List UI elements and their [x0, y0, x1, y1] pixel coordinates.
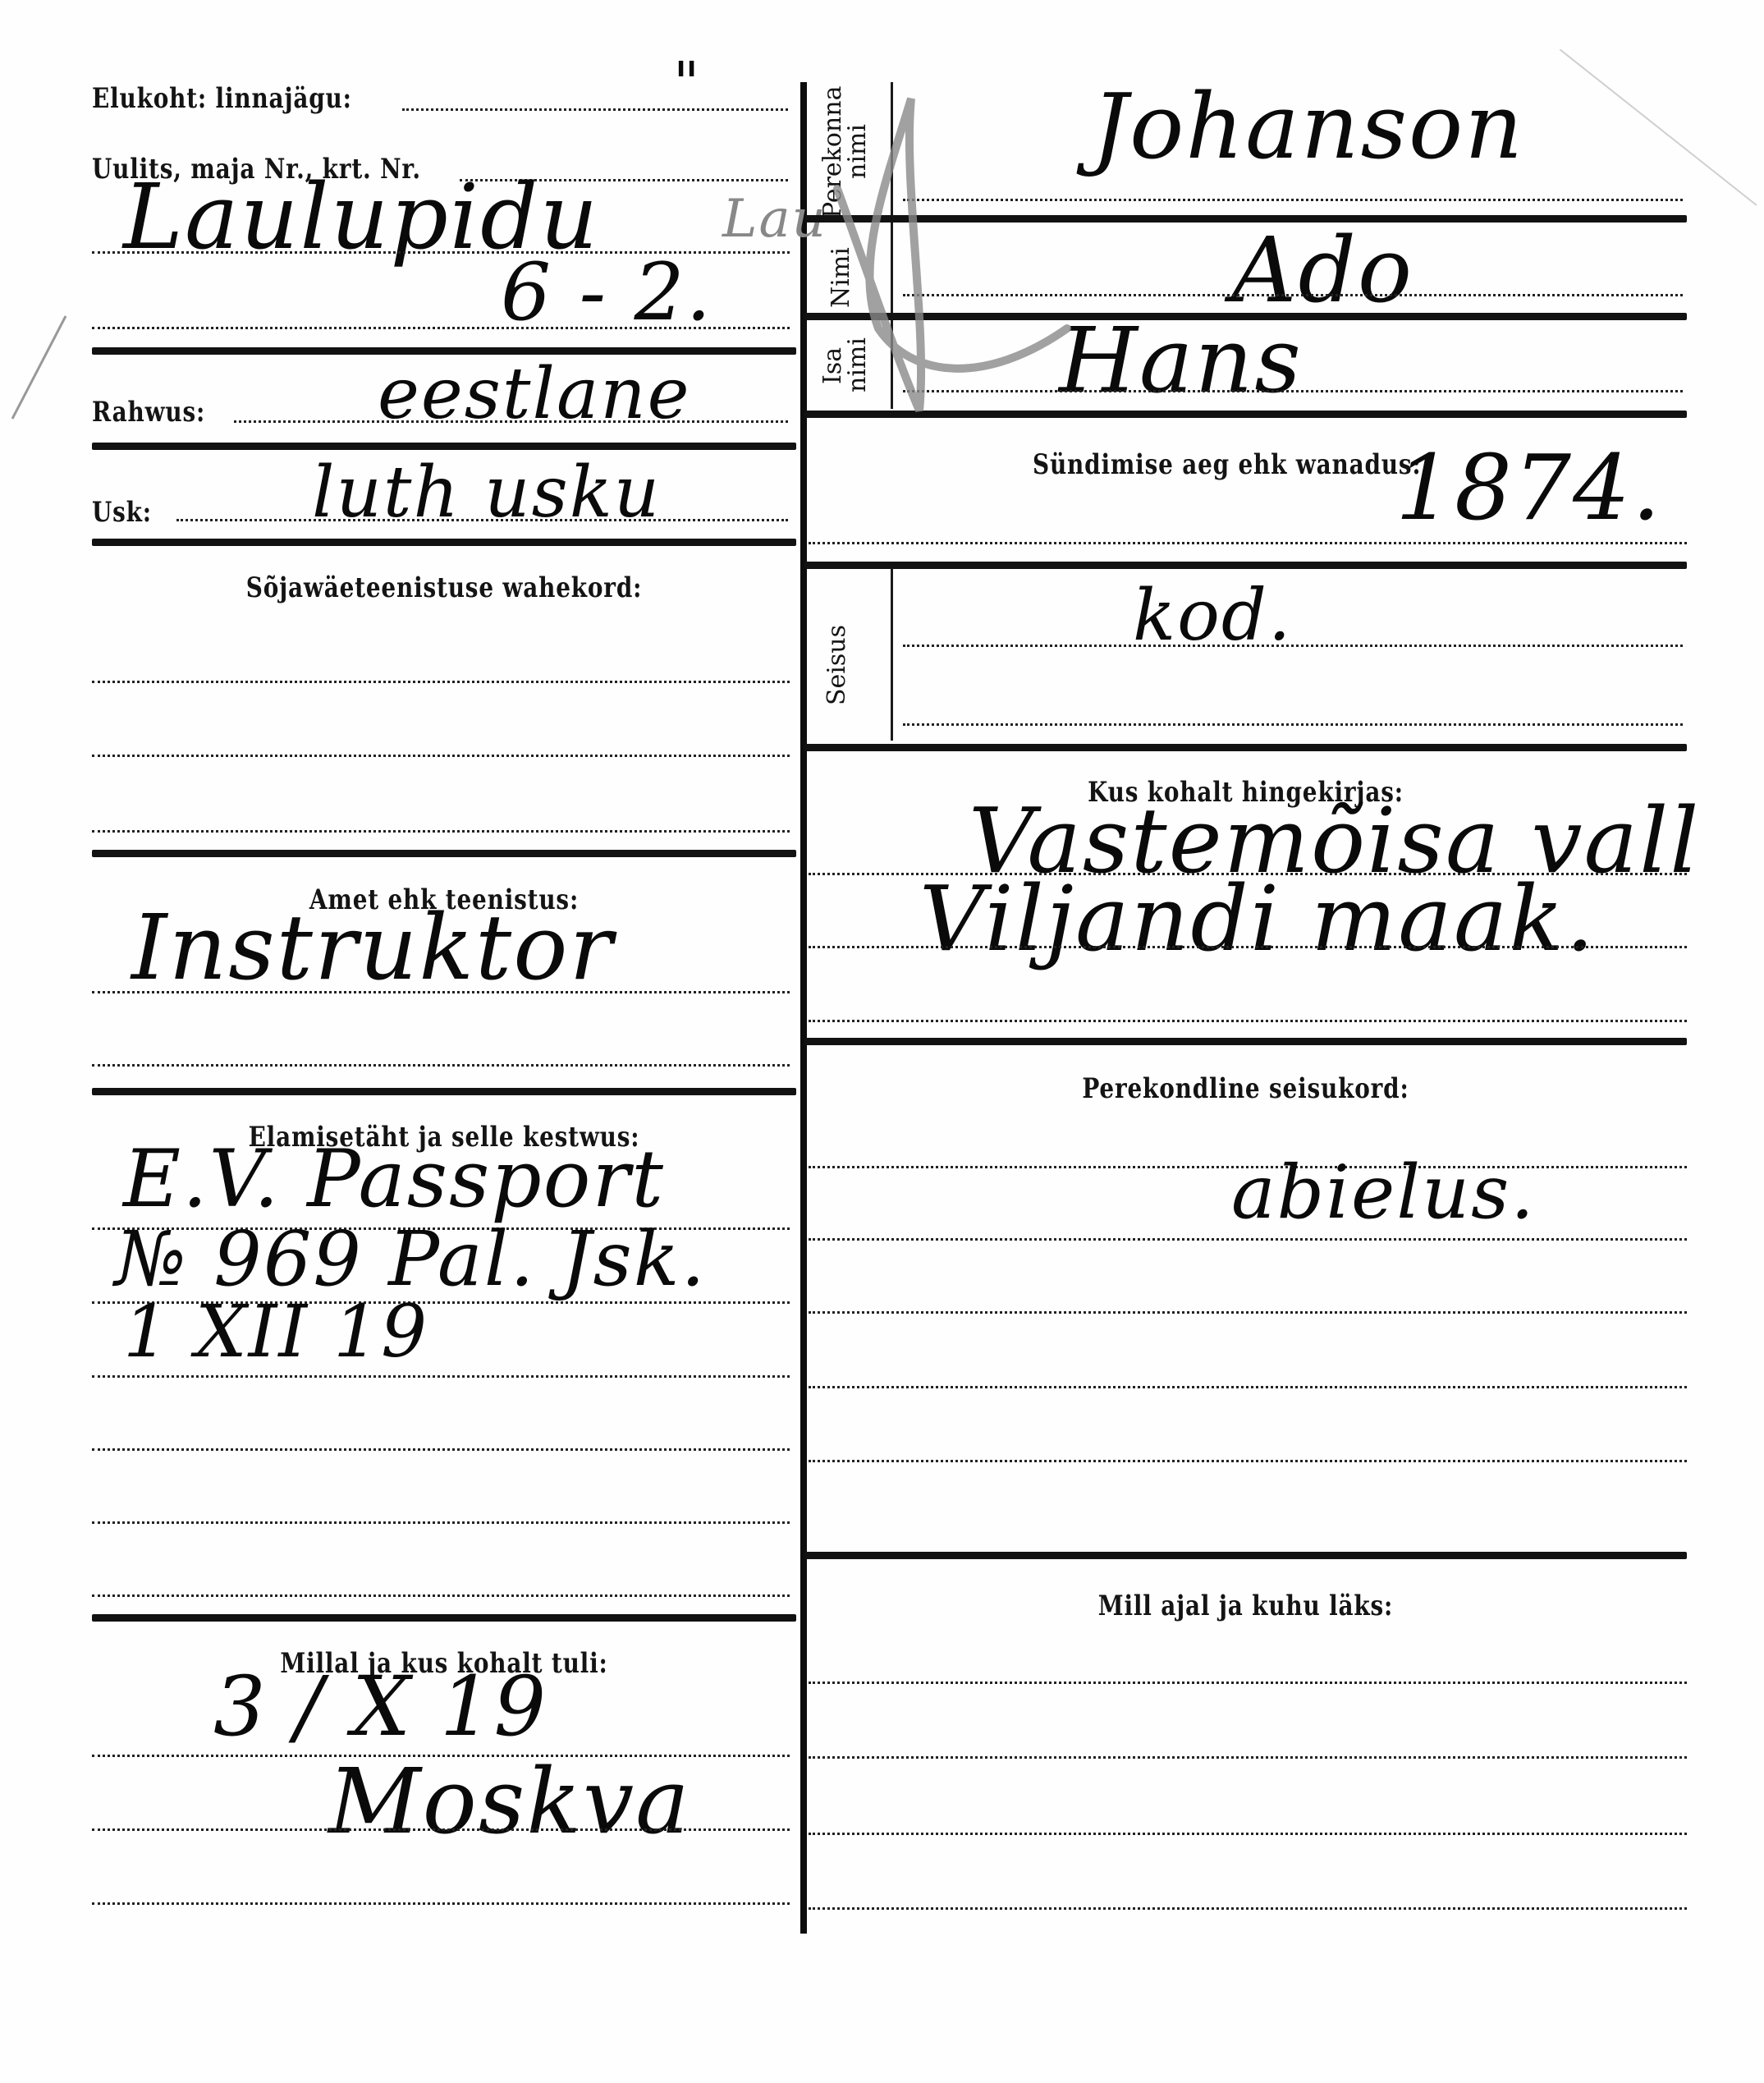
perekondline-line-3	[809, 1311, 1687, 1314]
rule	[804, 1038, 1687, 1045]
center-divider	[800, 82, 807, 1934]
rule	[804, 1552, 1687, 1559]
rule	[92, 1614, 796, 1622]
tuli-value-1: 3 / X 19	[213, 1659, 548, 1755]
perekondline-label: Perekondline seisukord:	[884, 1072, 1608, 1105]
registration-card: Elukoht: linnajägu: " Uulits, maja Nr., …	[0, 0, 1764, 2083]
rule	[92, 1088, 796, 1095]
lahkus-line-1	[809, 1682, 1687, 1684]
rule	[92, 850, 796, 857]
amet-line-2	[92, 1064, 790, 1067]
rule	[92, 443, 796, 450]
aadress-value-2: 6 - 2.	[501, 246, 712, 338]
lahkus-label: Mill ajal ja kuhu läks:	[884, 1590, 1608, 1622]
aadress-line-3	[92, 327, 790, 329]
tuli-value-2: Moskva	[328, 1749, 691, 1854]
sundimise-line	[809, 542, 1687, 544]
lahkus-line-4	[809, 1907, 1687, 1910]
elukoht-label: Elukoht: linnajägu:	[92, 82, 352, 115]
seisus-line-1	[903, 645, 1683, 647]
amet-value: Instruktor	[131, 895, 614, 1000]
elukoht-line	[402, 108, 788, 111]
rule	[92, 539, 796, 546]
lahkus-line-3	[809, 1833, 1687, 1835]
sojavae-label: Sõjawäeteenistuse wahekord:	[155, 571, 733, 604]
sundimise-value: 1874.	[1395, 435, 1662, 540]
usk-label: Usk:	[92, 496, 152, 529]
usk-value: luth usku	[312, 452, 661, 534]
sojavae-line-1	[92, 681, 790, 683]
amet-line-1	[92, 991, 790, 993]
rule	[804, 744, 1687, 751]
hingekirjas-line-3	[809, 1020, 1687, 1022]
perekondline-line-2	[809, 1238, 1687, 1241]
sojavae-line-2	[92, 755, 790, 757]
seisus-line-2	[903, 723, 1683, 726]
pencil-check-mark-icon	[821, 82, 1116, 427]
sojavae-line-3	[92, 830, 790, 833]
paper-crease	[1560, 49, 1757, 213]
seisus-label: Seisus	[825, 591, 866, 739]
pencil-stroke-icon	[4, 312, 70, 427]
elamisetaht-line-3	[92, 1375, 790, 1378]
rahvus-value: eestlane	[378, 353, 691, 435]
nimi-value: Ado	[1231, 218, 1413, 323]
elamisetaht-line-5	[92, 1521, 790, 1524]
elamisetaht-value-3: 1 XII 19	[123, 1289, 428, 1374]
hingekirjas-value-2: Viljandi maak.	[919, 866, 1596, 971]
perekondline-line-5	[809, 1460, 1687, 1462]
rule	[804, 562, 1687, 569]
elukoht-value: "	[673, 49, 701, 117]
perekondline-value: abielus.	[1231, 1149, 1536, 1236]
hingekirjas-line-2	[809, 946, 1687, 948]
elamisetaht-line-4	[92, 1448, 790, 1451]
seisus-separator	[891, 568, 893, 741]
rahvus-label: Rahwus:	[92, 396, 205, 429]
perekonnanimi-value: Johanson	[1092, 74, 1524, 179]
elamisetaht-line-6	[92, 1594, 790, 1597]
elamisetaht-value-1: E.V. Passport	[123, 1133, 665, 1225]
tuli-line-3	[92, 1902, 790, 1905]
sundimise-label: Sündimise aeg ehk wanadus:	[1033, 448, 1421, 481]
lahkus-line-2	[809, 1756, 1687, 1759]
tuli-line-2	[92, 1828, 790, 1831]
perekondline-line-4	[809, 1386, 1687, 1388]
